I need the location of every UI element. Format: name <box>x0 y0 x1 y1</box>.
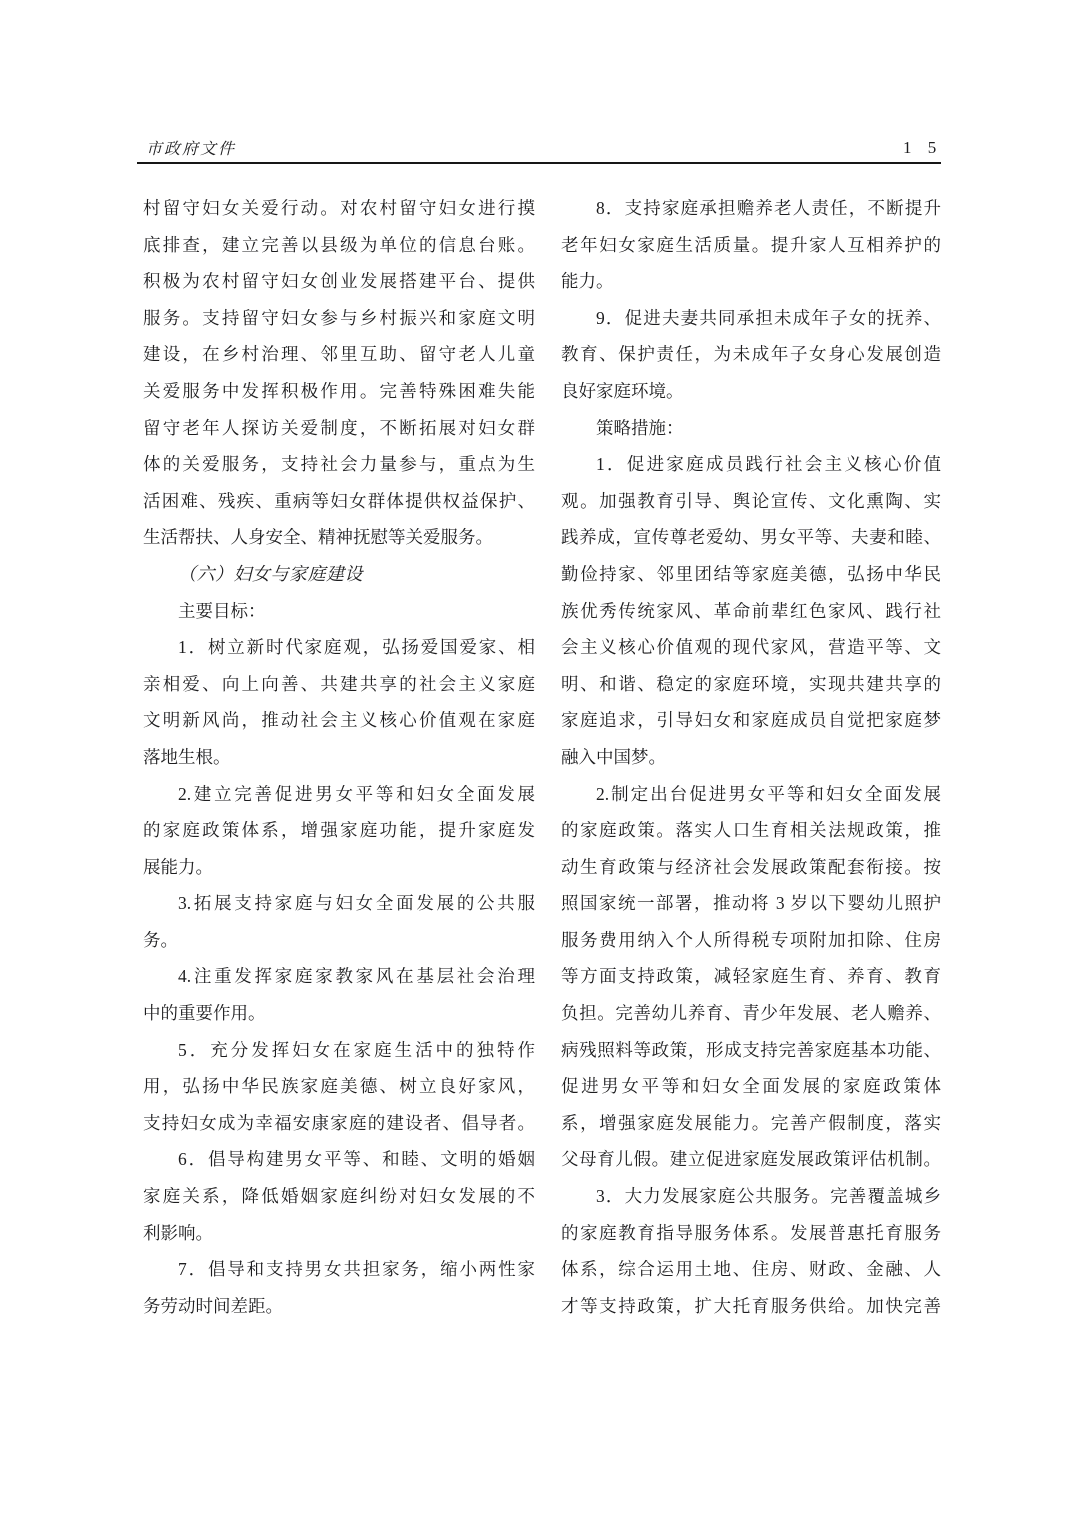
text-line: 践养成，宣传尊老爱幼、男女平等、夫妻和睦、 <box>561 519 941 556</box>
text-line: 体系，综合运用土地、住房、财政、金融、人 <box>561 1251 941 1288</box>
text-line: 文明新风尚，推动社会主义核心价值观在家庭 <box>143 702 535 739</box>
paragraph: 5．充分发挥妇女在家庭生活中的独特作用，弘扬中华民族家庭美德、树立良好家风，支持… <box>143 1032 535 1142</box>
text-line: 服务。支持留守妇女参与乡村振兴和家庭文明 <box>143 300 535 337</box>
document-page: 市政府文件 1 5 村留守妇女关爱行动。对农村留守妇女进行摸底排查，建立完善以县… <box>0 0 1074 1520</box>
paragraph: 主要目标： <box>143 593 535 630</box>
text-line: 支持妇女成为幸福安康家庭的建设者、倡导者。 <box>143 1105 535 1142</box>
text-line: 负担。完善幼儿养育、青少年发展、老人赡养、 <box>561 995 941 1032</box>
paragraph: 3.拓展支持家庭与妇女全面发展的公共服务。 <box>143 885 535 958</box>
text-line: 明、和谐、稳定的家庭环境，实现共建共享的 <box>561 666 941 703</box>
text-line: 落地生根。 <box>143 739 535 776</box>
text-line: 8．支持家庭承担赡养老人责任，不断提升 <box>561 190 941 227</box>
paragraph: 6．倡导构建男女平等、和睦、文明的婚姻家庭关系，降低婚姻家庭纠纷对妇女发展的不利… <box>143 1141 535 1251</box>
text-line: 5．充分发挥妇女在家庭生活中的独特作 <box>143 1032 535 1069</box>
text-line: 展能力。 <box>143 849 535 886</box>
text-line: 能力。 <box>561 263 941 300</box>
text-line: 3．大力发展家庭公共服务。完善覆盖城乡 <box>561 1178 941 1215</box>
text-line: 会主义核心价值观的现代家风，营造平等、文 <box>561 629 941 666</box>
two-column-body: 村留守妇女关爱行动。对农村留守妇女进行摸底排查，建立完善以县级为单位的信息台账。… <box>143 190 941 1324</box>
text-line: 务劳动时间差距。 <box>143 1288 535 1325</box>
paragraph: 2.建立完善促进男女平等和妇女全面发展的家庭政策体系，增强家庭功能，提升家庭发展… <box>143 776 535 886</box>
text-line: 家庭关系，降低婚姻家庭纠纷对妇女发展的不 <box>143 1178 535 1215</box>
text-line: 老年妇女家庭生活质量。提升家人互相养护的 <box>561 227 941 264</box>
text-line: 9．促进夫妻共同承担未成年子女的抚养、 <box>561 300 941 337</box>
text-line: 的家庭教育指导服务体系。发展普惠托育服务 <box>561 1215 941 1252</box>
text-line: 底排查，建立完善以县级为单位的信息台账。 <box>143 227 535 264</box>
text-line: 活困难、残疾、重病等妇女群体提供权益保护、 <box>143 483 535 520</box>
paragraph: 4.注重发挥家庭家教家风在基层社会治理中的重要作用。 <box>143 958 535 1031</box>
text-line: 教育、保护责任，为未成年子女身心发展创造 <box>561 336 941 373</box>
column-left: 村留守妇女关爱行动。对农村留守妇女进行摸底排查，建立完善以县级为单位的信息台账。… <box>143 190 535 1324</box>
text-line: 家庭追求，引导妇女和家庭成员自觉把家庭梦 <box>561 702 941 739</box>
text-line: 2.制定出台促进男女平等和妇女全面发展 <box>561 776 941 813</box>
text-line: 主要目标： <box>143 593 535 630</box>
text-line: 策略措施： <box>561 410 941 447</box>
text-line: 村留守妇女关爱行动。对农村留守妇女进行摸 <box>143 190 535 227</box>
text-line: 3.拓展支持家庭与妇女全面发展的公共服 <box>143 885 535 922</box>
paragraph: 8．支持家庭承担赡养老人责任，不断提升老年妇女家庭生活质量。提升家人互相养护的能… <box>561 190 941 300</box>
text-line: 等方面支持政策，减轻家庭生育、养育、教育 <box>561 958 941 995</box>
text-line: 1．树立新时代家庭观，弘扬爱国爱家、相 <box>143 629 535 666</box>
text-line: 4.注重发挥家庭家教家风在基层社会治理 <box>143 958 535 995</box>
section-heading: （六）妇女与家庭建设 <box>143 556 535 593</box>
text-line: 融入中国梦。 <box>561 739 941 776</box>
text-line: 系，增强家庭发展能力。完善产假制度，落实 <box>561 1105 941 1142</box>
paragraph: 村留守妇女关爱行动。对农村留守妇女进行摸底排查，建立完善以县级为单位的信息台账。… <box>143 190 535 556</box>
page-number: 1 5 <box>903 138 942 158</box>
text-line: 的家庭政策。落实人口生育相关法规政策，推 <box>561 812 941 849</box>
paragraph: 2.制定出台促进男女平等和妇女全面发展的家庭政策。落实人口生育相关法规政策，推动… <box>561 776 941 1179</box>
text-line: 亲相爱、向上向善、共建共享的社会主义家庭 <box>143 666 535 703</box>
paragraph: 3．大力发展家庭公共服务。完善覆盖城乡的家庭教育指导服务体系。发展普惠托育服务体… <box>561 1178 941 1324</box>
header-document-type-label: 市政府文件 <box>146 136 236 159</box>
text-line: 的家庭政策体系，增强家庭功能，提升家庭发 <box>143 812 535 849</box>
paragraph: 1．促进家庭成员践行社会主义核心价值观。加强教育引导、舆论宣传、文化熏陶、实践养… <box>561 446 941 775</box>
text-line: 良好家庭环境。 <box>561 373 941 410</box>
text-line: 父母育儿假。建立促进家庭发展政策评估机制。 <box>561 1141 941 1178</box>
text-line: 积极为农村留守妇女创业发展搭建平台、提供 <box>143 263 535 300</box>
text-line: 促进男女平等和妇女全面发展的家庭政策体 <box>561 1068 941 1105</box>
text-line: 中的重要作用。 <box>143 995 535 1032</box>
text-line: 才等支持政策，扩大托育服务供给。加快完善 <box>561 1288 941 1325</box>
section-heading-line: （六）妇女与家庭建设 <box>143 556 535 593</box>
text-line: 利影响。 <box>143 1215 535 1252</box>
text-line: 用，弘扬中华民族家庭美德、树立良好家风， <box>143 1068 535 1105</box>
text-line: 族优秀传统家风、革命前辈红色家风、践行社 <box>561 593 941 630</box>
text-line: 生活帮扶、人身安全、精神抚慰等关爱服务。 <box>143 519 535 556</box>
text-line: 关爱服务中发挥积极作用。完善特殊困难失能 <box>143 373 535 410</box>
text-line: 照国家统一部署，推动将 3 岁以下婴幼儿照护 <box>561 885 941 922</box>
text-line: 建设，在乡村治理、邻里互助、留守老人儿童 <box>143 336 535 373</box>
paragraph: 7．倡导和支持男女共担家务，缩小两性家务劳动时间差距。 <box>143 1251 535 1324</box>
column-right: 8．支持家庭承担赡养老人责任，不断提升老年妇女家庭生活质量。提升家人互相养护的能… <box>561 190 941 1324</box>
text-line: 务。 <box>143 922 535 959</box>
text-line: 体的关爱服务，支持社会力量参与，重点为生 <box>143 446 535 483</box>
paragraph: 9．促进夫妻共同承担未成年子女的抚养、教育、保护责任，为未成年子女身心发展创造良… <box>561 300 941 410</box>
paragraph: 1．树立新时代家庭观，弘扬爱国爱家、相亲相爱、向上向善、共建共享的社会主义家庭文… <box>143 629 535 775</box>
text-line: 观。加强教育引导、舆论宣传、文化熏陶、实 <box>561 483 941 520</box>
text-line: 病残照料等政策，形成支持完善家庭基本功能、 <box>561 1032 941 1069</box>
text-line: 7．倡导和支持男女共担家务，缩小两性家 <box>143 1251 535 1288</box>
text-line: 2.建立完善促进男女平等和妇女全面发展 <box>143 776 535 813</box>
header-divider-rule <box>137 162 941 164</box>
text-line: 留守老年人探访关爱制度，不断拓展对妇女群 <box>143 410 535 447</box>
paragraph: 策略措施： <box>561 410 941 447</box>
text-line: 动生育政策与经济社会发展政策配套衔接。按 <box>561 849 941 886</box>
text-line: 服务费用纳入个人所得税专项附加扣除、住房 <box>561 922 941 959</box>
text-line: 6．倡导构建男女平等、和睦、文明的婚姻 <box>143 1141 535 1178</box>
text-line: 1．促进家庭成员践行社会主义核心价值 <box>561 446 941 483</box>
text-line: 勤俭持家、邻里团结等家庭美德，弘扬中华民 <box>561 556 941 593</box>
